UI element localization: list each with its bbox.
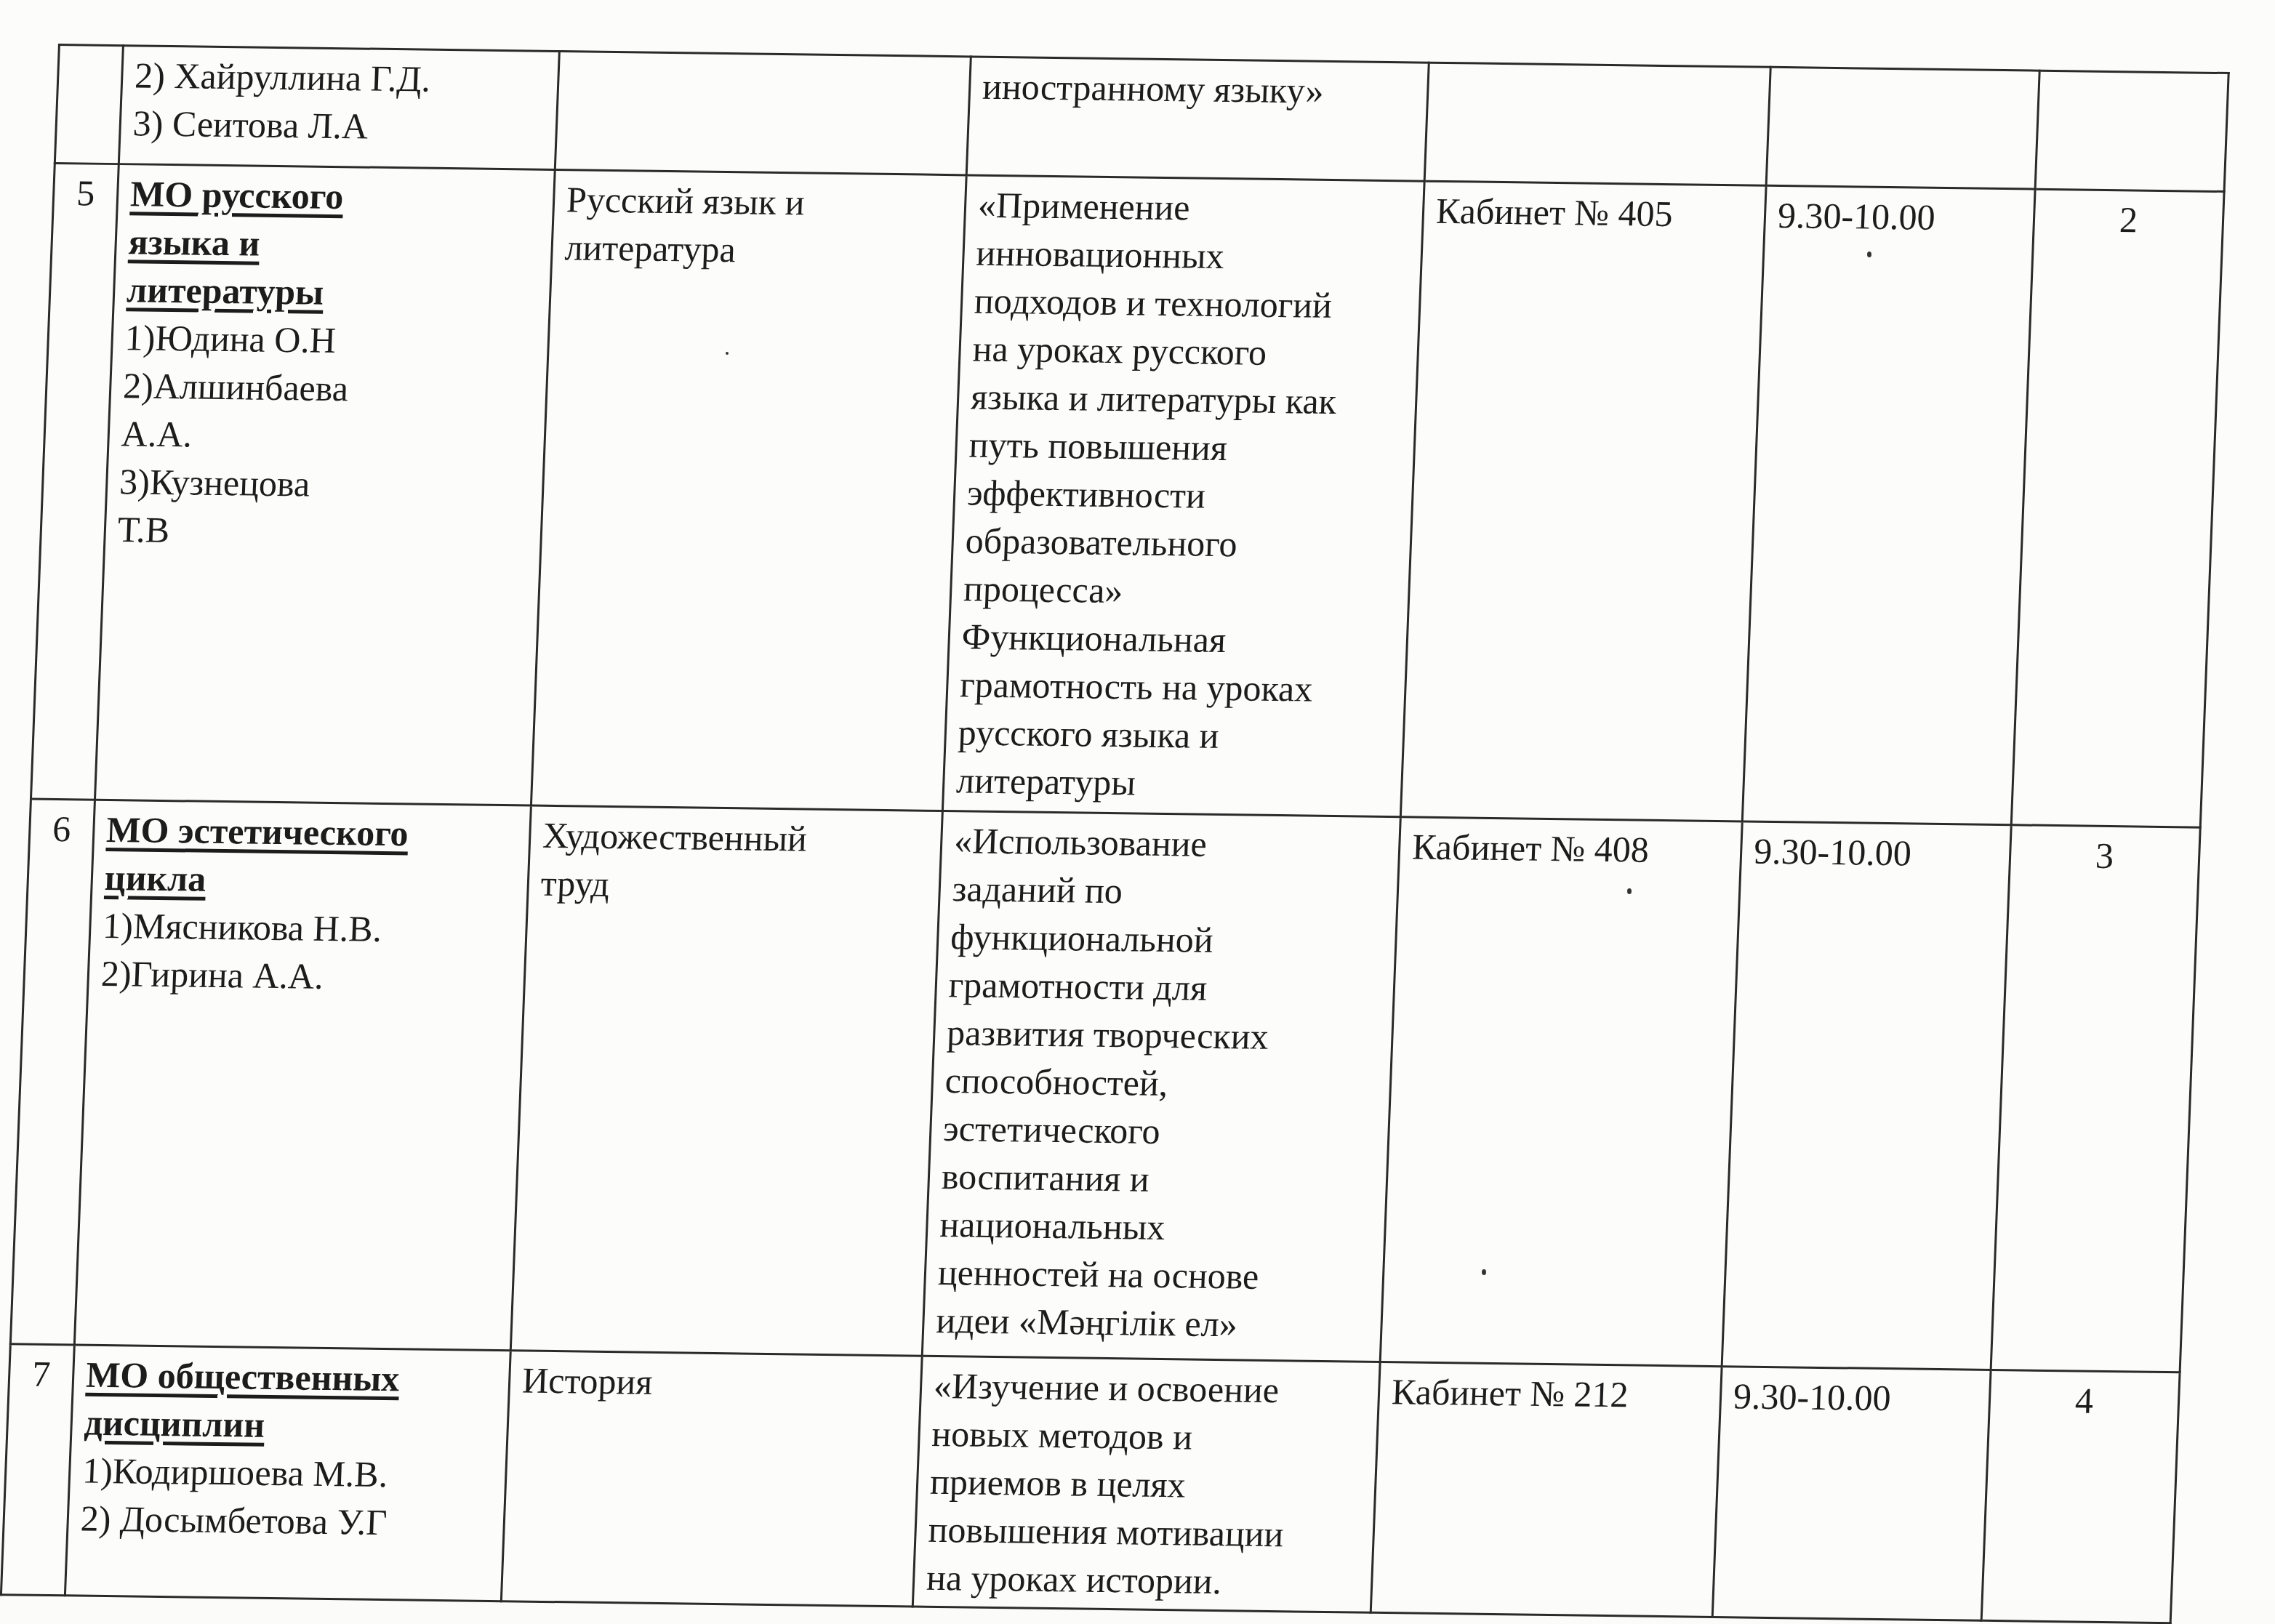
time-label: 9.30-10.00	[1733, 1372, 1978, 1423]
member-name: 2)Гирина А.А.	[100, 949, 513, 1002]
topic-line: литературы	[955, 756, 1389, 810]
mo-cell: МО эстетического цикла 1)Мясникова Н.В. …	[74, 800, 531, 1351]
topic-line: на уроках русского	[972, 325, 1406, 379]
member-name: 1)Мясникова Н.В.	[102, 901, 514, 954]
document-sheet: 2) Хайруллина Г.Д. 3) Сеитова Л.А иностр…	[0, 44, 2230, 1599]
topic-line: грамотности для	[948, 960, 1382, 1014]
topic-line: приемов в целях	[929, 1458, 1363, 1511]
order-cell: 4	[1981, 1370, 2180, 1599]
topic-line: процесса»	[963, 564, 1397, 618]
subject-cell: История	[501, 1351, 922, 1599]
topic-line: новых методов и	[931, 1410, 1365, 1463]
row-number-cell	[55, 45, 123, 164]
topic-line: воспитания и	[941, 1152, 1375, 1206]
mo-cell: МО общественных дисциплин 1)Кодиршоева М…	[65, 1345, 510, 1599]
member-name: 1)Кодиршоева М.В.	[81, 1447, 494, 1500]
topic-line: национальных	[939, 1200, 1373, 1254]
time-cell: 9.30-10.00	[1722, 821, 2011, 1370]
order-cell	[2035, 71, 2228, 191]
time-cell: 9.30-10.00	[1742, 185, 2035, 824]
table-row: 5 МО русского языка и литературы 1)Юдина…	[31, 163, 2224, 827]
topic-line: инновационных	[975, 229, 1409, 283]
room-cell: Кабинет № 408	[1380, 817, 1742, 1367]
subject-line: Русский язык и	[566, 175, 953, 228]
topic-line: русского языка и	[958, 708, 1392, 762]
scan-speck	[726, 352, 729, 355]
topic-line: заданий по	[952, 864, 1386, 918]
order-cell: 3	[1991, 825, 2200, 1372]
member-name: 3)Кузнецова	[119, 457, 531, 510]
room-label: Кабинет № 212	[1391, 1367, 1709, 1420]
topic-line: функциональной	[950, 912, 1384, 966]
subject-cell: Художественный труд	[510, 805, 942, 1356]
subject-line: труд	[540, 859, 928, 912]
mo-title: цикла	[104, 853, 516, 907]
member-name: 3) Сеитова Л.А	[132, 99, 545, 152]
room-label: Кабинет № 405	[1435, 187, 1753, 239]
topic-line: развития творческих	[946, 1008, 1380, 1062]
topic-line: образовательного	[965, 516, 1399, 570]
schedule-table: 2) Хайруллина Г.Д. 3) Сеитова Л.А иностр…	[0, 44, 2230, 1599]
subject-line: История	[521, 1356, 909, 1410]
time-label: 9.30-10.00	[1777, 191, 2022, 242]
mo-cell: 2) Хайруллина Г.Д. 3) Сеитова Л.А	[119, 46, 559, 170]
topic-line: путь повышения	[968, 420, 1403, 474]
topic-line: грамотность на уроках	[959, 660, 1393, 714]
member-name: 1)Юдина О.Н	[124, 313, 537, 366]
mo-title: МО общественных	[85, 1351, 497, 1404]
table-row: 6 МО эстетического цикла 1)Мясникова Н.В…	[10, 799, 2200, 1372]
topic-line: языка и литературы как	[970, 372, 1404, 426]
time-label: 9.30-10.00	[1753, 827, 1998, 878]
topic-line: иностранному языку»	[982, 63, 1416, 116]
topic-line: на уроках истории.	[926, 1553, 1360, 1599]
member-name: 2) Хайруллина Г.Д.	[134, 51, 546, 104]
topic-line: «Использование	[953, 816, 1387, 870]
member-name: 2) Досымбетова У.Г	[80, 1495, 492, 1548]
room-label: Кабинет № 408	[1411, 822, 1729, 875]
room-cell: Кабинет № 405	[1400, 181, 1766, 821]
row-number-cell: 7	[1, 1344, 74, 1596]
topic-cell: «Изучение и освоение новых методов и при…	[912, 1356, 1380, 1599]
topic-line: «Применение	[977, 181, 1411, 235]
topic-line: Функциональная	[961, 612, 1395, 666]
order-value: 2	[2119, 199, 2138, 240]
mo-cell: МО русского языка и литературы 1)Юдина О…	[95, 164, 555, 805]
order-cell: 2	[2011, 189, 2224, 827]
topic-line: повышения мотивации	[928, 1506, 1362, 1559]
time-cell: 9.30-10.00	[1712, 1367, 1991, 1599]
topic-cell: иностранному языку»	[966, 57, 1429, 181]
room-cell: Кабинет № 212	[1371, 1362, 1722, 1599]
scanned-page: 2) Хайруллина Г.Д. 3) Сеитова Л.А иностр…	[0, 0, 2275, 1599]
mo-title: дисциплин	[84, 1399, 496, 1452]
topic-line: подходов и технологий	[974, 277, 1408, 331]
mo-title: литературы	[126, 265, 538, 318]
topic-cell: «Применение инновационных подходов и тех…	[942, 175, 1424, 817]
time-cell	[1766, 67, 2039, 189]
order-value: 4	[2074, 1380, 2094, 1420]
scan-speck	[1627, 888, 1632, 894]
topic-line: эффективности	[966, 468, 1400, 522]
member-name: Т.В	[117, 505, 529, 558]
scan-speck	[1867, 252, 1871, 257]
room-cell	[1424, 63, 1770, 185]
scan-speck	[1482, 1269, 1486, 1275]
topic-line: ценностей на основе	[937, 1248, 1371, 1302]
table-row: 7 МО общественных дисциплин 1)Кодиршоева…	[1, 1344, 2180, 1599]
order-value: 3	[2095, 835, 2114, 876]
subject-cell	[555, 52, 971, 175]
mo-title: МО русского	[129, 169, 542, 222]
topic-line: «Изучение и освоение	[933, 1362, 1367, 1415]
mo-title: языка и	[128, 217, 540, 270]
subject-cell: Русский язык и литература	[531, 169, 966, 811]
subject-line: Художественный	[542, 811, 929, 864]
member-name: 2)Алшинбаева	[122, 361, 534, 414]
mo-title: МО эстетического	[105, 805, 518, 859]
topic-line: идеи «Мәңгілік ел»	[935, 1296, 1369, 1350]
member-name: А.А.	[121, 409, 533, 462]
topic-line: способностей,	[944, 1056, 1379, 1110]
topic-cell: «Использование заданий по функциональной…	[922, 811, 1400, 1362]
subject-line: литература	[564, 223, 952, 276]
topic-line: эстетического	[942, 1104, 1376, 1158]
